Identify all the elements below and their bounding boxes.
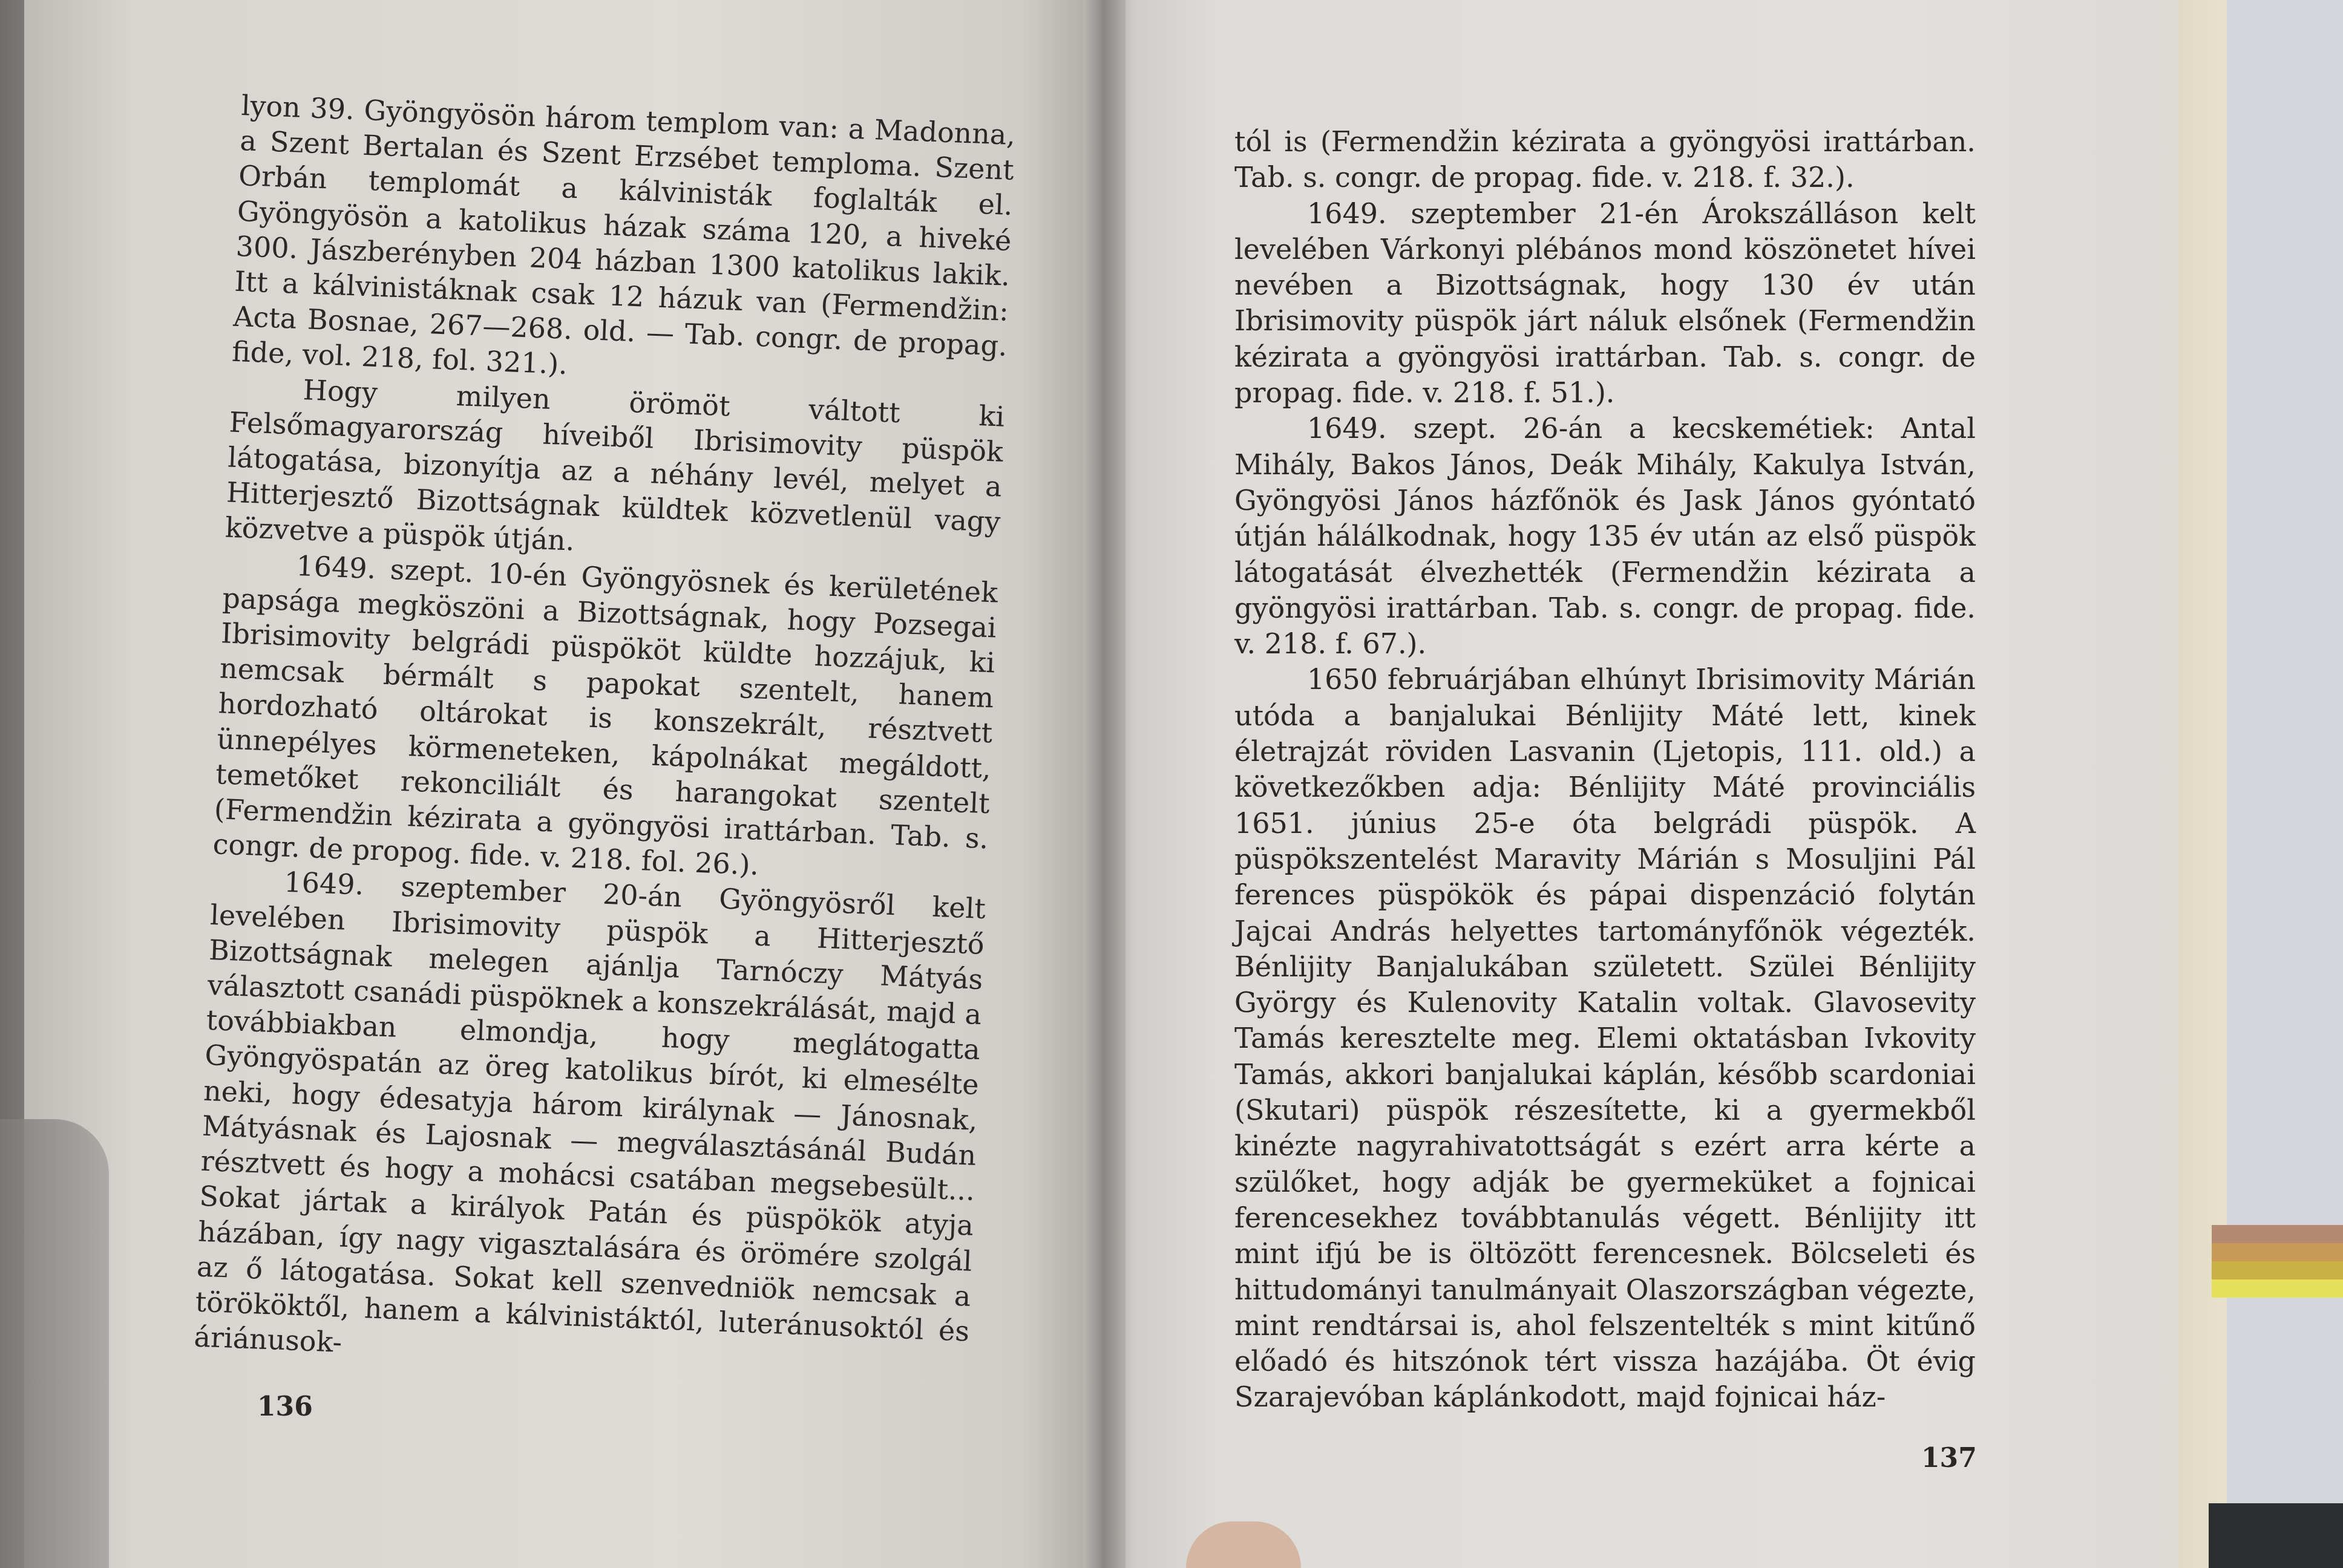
color-stripe [2212, 1225, 2343, 1243]
paragraph: 1649. szept. 26-án a kecskemétiek: Antal… [1234, 411, 1976, 662]
paragraph: 1649. szeptember 20-án Gyöngyösről kelt … [194, 862, 986, 1384]
paragraph: Hogy milyen örömöt váltott ki Felsőmagya… [224, 369, 1005, 575]
right-page-text: tól is (Fermendžin kézirata a gyöngyösi … [1234, 124, 1976, 1416]
page-number-right: 137 [1921, 1443, 1977, 1474]
paragraph: 1649. szept. 10-én Gyöngyösnek és kerüle… [212, 545, 998, 892]
background-board [2227, 0, 2343, 1568]
book-gutter [1083, 0, 1126, 1568]
paragraph: lyon 39. Gyöngyösön három templom van: a… [231, 88, 1016, 399]
page-number-left: 136 [257, 1391, 313, 1422]
color-stripe [2212, 1261, 2343, 1279]
dark-surface [2209, 1503, 2343, 1568]
paragraph: 1649. szeptember 21-én Árokszálláson kel… [1234, 196, 1976, 411]
book-edge [2178, 0, 2227, 1568]
paragraph: tól is (Fermendžin kézirata a gyöngyösi … [1234, 124, 1976, 196]
thumb-left [0, 1119, 109, 1568]
color-stripe [2212, 1279, 2343, 1298]
photo-background: lyon 39. Gyöngyösön három templom van: a… [0, 0, 2343, 1568]
left-page-text: lyon 39. Gyöngyösön három templom van: a… [194, 88, 1016, 1384]
paragraph: 1650 februárjában elhúnyt Ibrisimovity M… [1234, 662, 1976, 1415]
color-stripe [2212, 1243, 2343, 1261]
